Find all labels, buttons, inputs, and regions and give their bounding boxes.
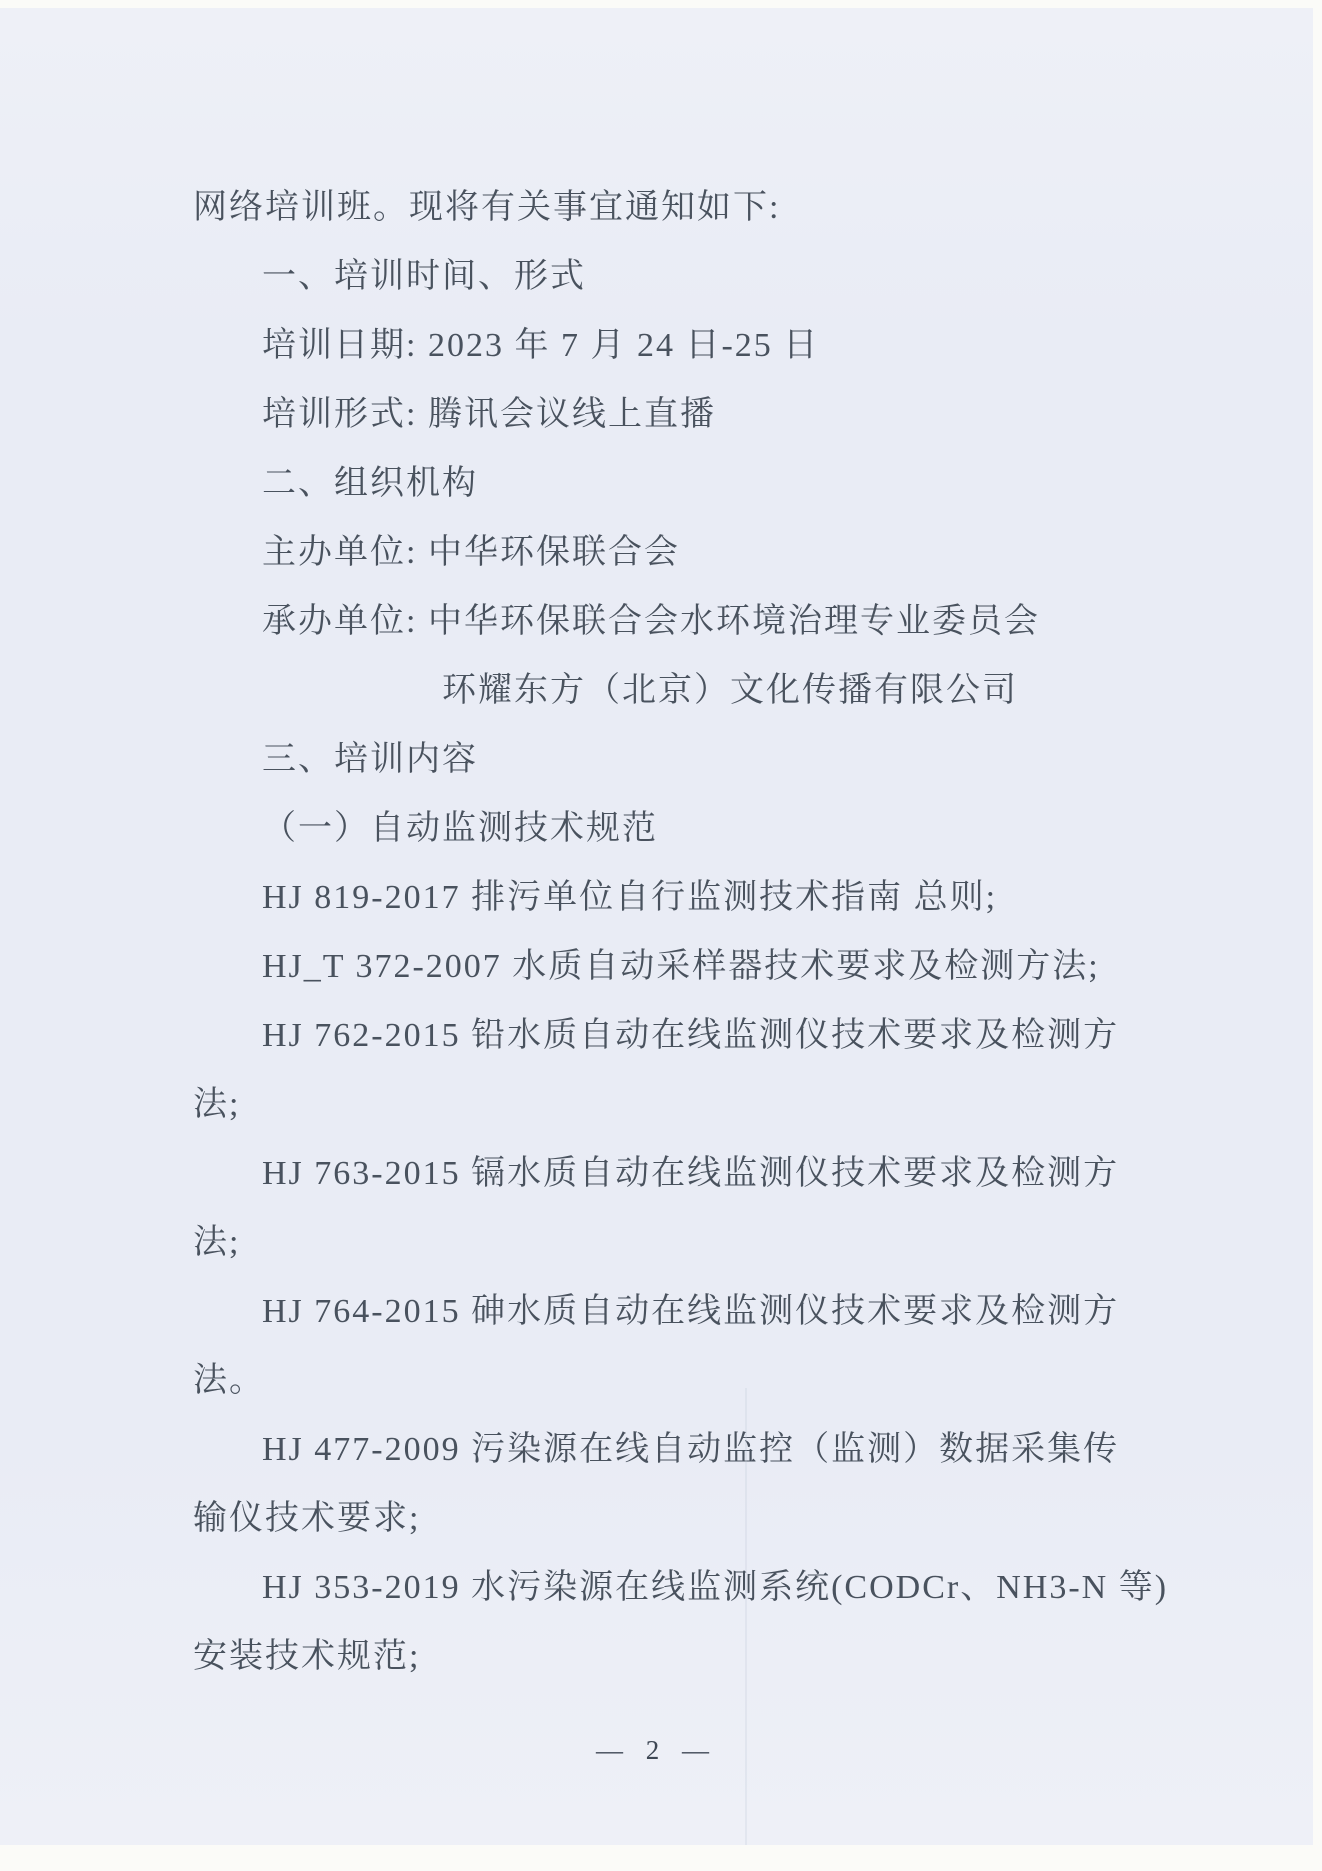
- text-line: 网络培训班。现将有关事宜通知如下:: [193, 173, 1143, 242]
- text-line: HJ 763-2015 镉水质自动在线监测仪技术要求及检测方: [193, 1139, 1143, 1208]
- text-line: 承办单位: 中华环保联合会水环境治理专业委员会: [193, 587, 1143, 656]
- text-line: HJ_T 372-2007 水质自动采样器技术要求及检测方法;: [193, 932, 1143, 1001]
- text-line: 输仪技术要求;: [193, 1484, 1143, 1553]
- document-body: 网络培训班。现将有关事宜通知如下:一、培训时间、形式培训日期: 2023 年 7…: [193, 173, 1143, 1691]
- scan-canvas: 网络培训班。现将有关事宜通知如下:一、培训时间、形式培训日期: 2023 年 7…: [0, 0, 1322, 1871]
- text-line: HJ 353-2019 水污染源在线监测系统(CODCr、NH3-N 等): [193, 1553, 1143, 1622]
- text-line: HJ 764-2015 砷水质自动在线监测仪技术要求及检测方: [193, 1277, 1143, 1346]
- text-line: 二、组织机构: [193, 449, 1143, 518]
- text-line: 主办单位: 中华环保联合会: [193, 518, 1143, 587]
- text-line: HJ 477-2009 污染源在线自动监控（监测）数据采集传: [193, 1415, 1143, 1484]
- text-line: HJ 819-2017 排污单位自行监测技术指南 总则;: [193, 863, 1143, 932]
- page-number: — 2 —: [0, 1735, 1313, 1766]
- text-line: （一）自动监测技术规范: [193, 794, 1143, 863]
- scan-fold-artifact: [745, 1388, 747, 1845]
- document-page: 网络培训班。现将有关事宜通知如下:一、培训时间、形式培训日期: 2023 年 7…: [0, 8, 1313, 1845]
- text-line: 培训形式: 腾讯会议线上直播: [193, 380, 1143, 449]
- text-line: 环耀东方（北京）文化传播有限公司: [193, 656, 1143, 725]
- text-line: 法;: [193, 1208, 1143, 1277]
- text-line: 一、培训时间、形式: [193, 242, 1143, 311]
- text-line: 三、培训内容: [193, 725, 1143, 794]
- text-line: 安装技术规范;: [193, 1622, 1143, 1691]
- text-line: 培训日期: 2023 年 7 月 24 日-25 日: [193, 311, 1143, 380]
- text-line: 法;: [193, 1070, 1143, 1139]
- text-line: 法。: [193, 1346, 1143, 1415]
- text-line: HJ 762-2015 铅水质自动在线监测仪技术要求及检测方: [193, 1001, 1143, 1070]
